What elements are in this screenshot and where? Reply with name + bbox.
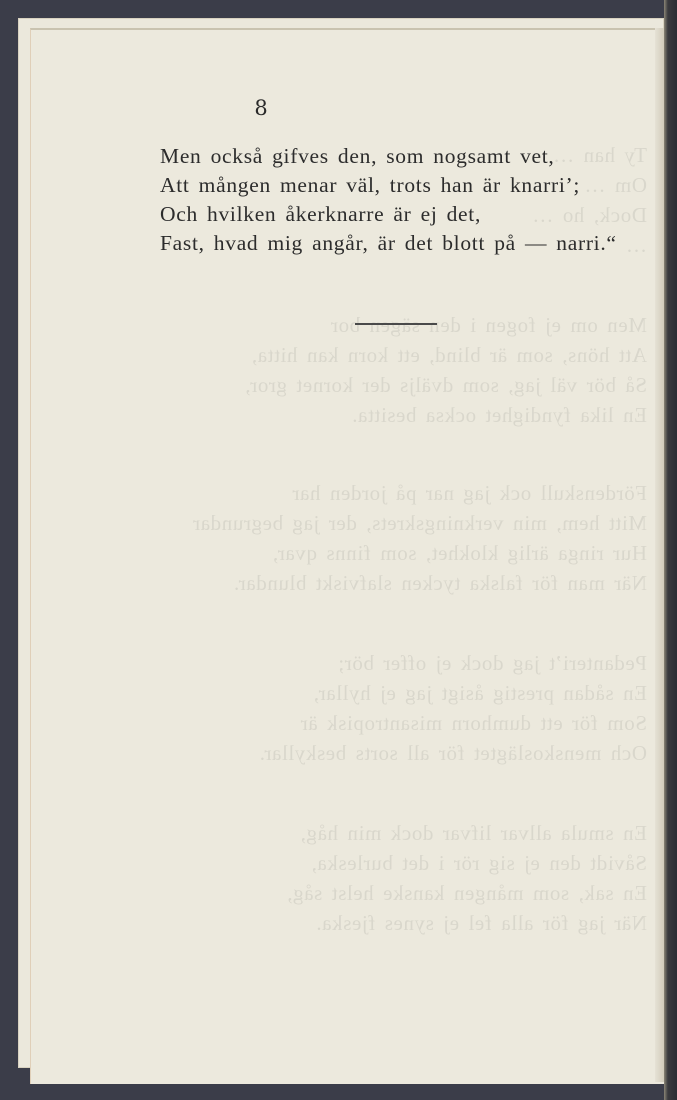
poem-line: Att mången menar väl, trots han är knarr… — [160, 171, 617, 200]
poem-line: Och hvilken åkerknarre är ej det, — [160, 200, 617, 229]
page-number: 8 — [0, 96, 527, 120]
poem-stanza: Men också gifves den, som nogsamt vet, A… — [160, 142, 617, 258]
poem-line: Men också gifves den, som nogsamt vet, — [160, 142, 617, 171]
poem-line: Fast, hvad mig angår, är det blott på — … — [160, 229, 617, 258]
section-divider — [355, 323, 437, 325]
book-spine — [664, 0, 677, 1100]
